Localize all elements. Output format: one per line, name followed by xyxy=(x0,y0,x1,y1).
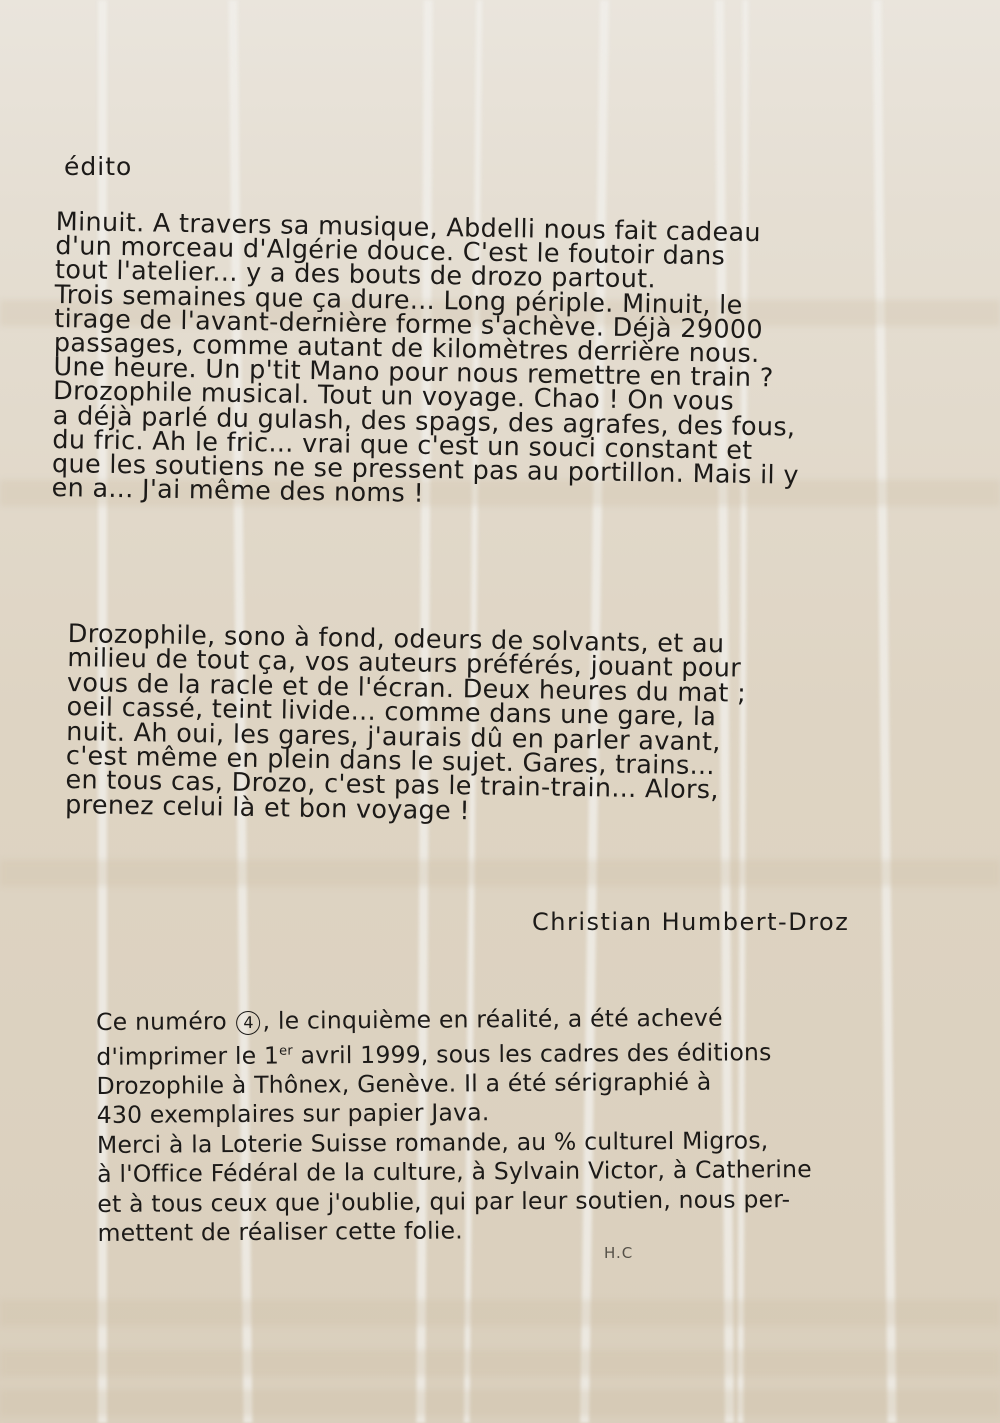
colophon-text: avril 1999, sous les cadres des éditions xyxy=(293,1038,772,1069)
colophon-line: Ce numéro 4, le cinquième en réalité, a … xyxy=(96,1003,811,1037)
issue-number-circle: 4 xyxy=(237,1011,261,1035)
colophon: Ce numéro 4, le cinquième en réalité, a … xyxy=(96,1003,812,1249)
colophon-line: et à tous ceux que j'oublie, qui par leu… xyxy=(97,1185,812,1219)
author-signature: Christian Humbert-Droz xyxy=(532,908,849,936)
editorial-paragraph-1: Minuit. A travers sa musique, Abdelli no… xyxy=(51,210,802,512)
editorial-paragraph-2: Drozophile, sono à fond, odeurs de solva… xyxy=(65,622,747,828)
page-title: édito xyxy=(64,152,132,181)
colophon-line: mettent de réaliser cette folie. xyxy=(97,1214,812,1248)
colophon-text: , le cinquième en réalité, a été achevé xyxy=(262,1004,722,1035)
colophon-line: d'imprimer le 1er avril 1999, sous les c… xyxy=(96,1033,811,1072)
colophon-text: d'imprimer le 1 xyxy=(96,1041,279,1070)
editorial-page: édito Minuit. A travers sa musique, Abde… xyxy=(0,0,1000,1423)
colophon-line: à l'Office Fédéral de la culture, à Sylv… xyxy=(97,1155,812,1189)
colophon-line: Drozophile à Thônex, Genève. Il a été sé… xyxy=(96,1067,811,1101)
colophon-text: Ce numéro xyxy=(96,1007,227,1036)
ordinal-superscript: er xyxy=(279,1043,293,1058)
initials-mark: H.C xyxy=(604,1244,633,1262)
